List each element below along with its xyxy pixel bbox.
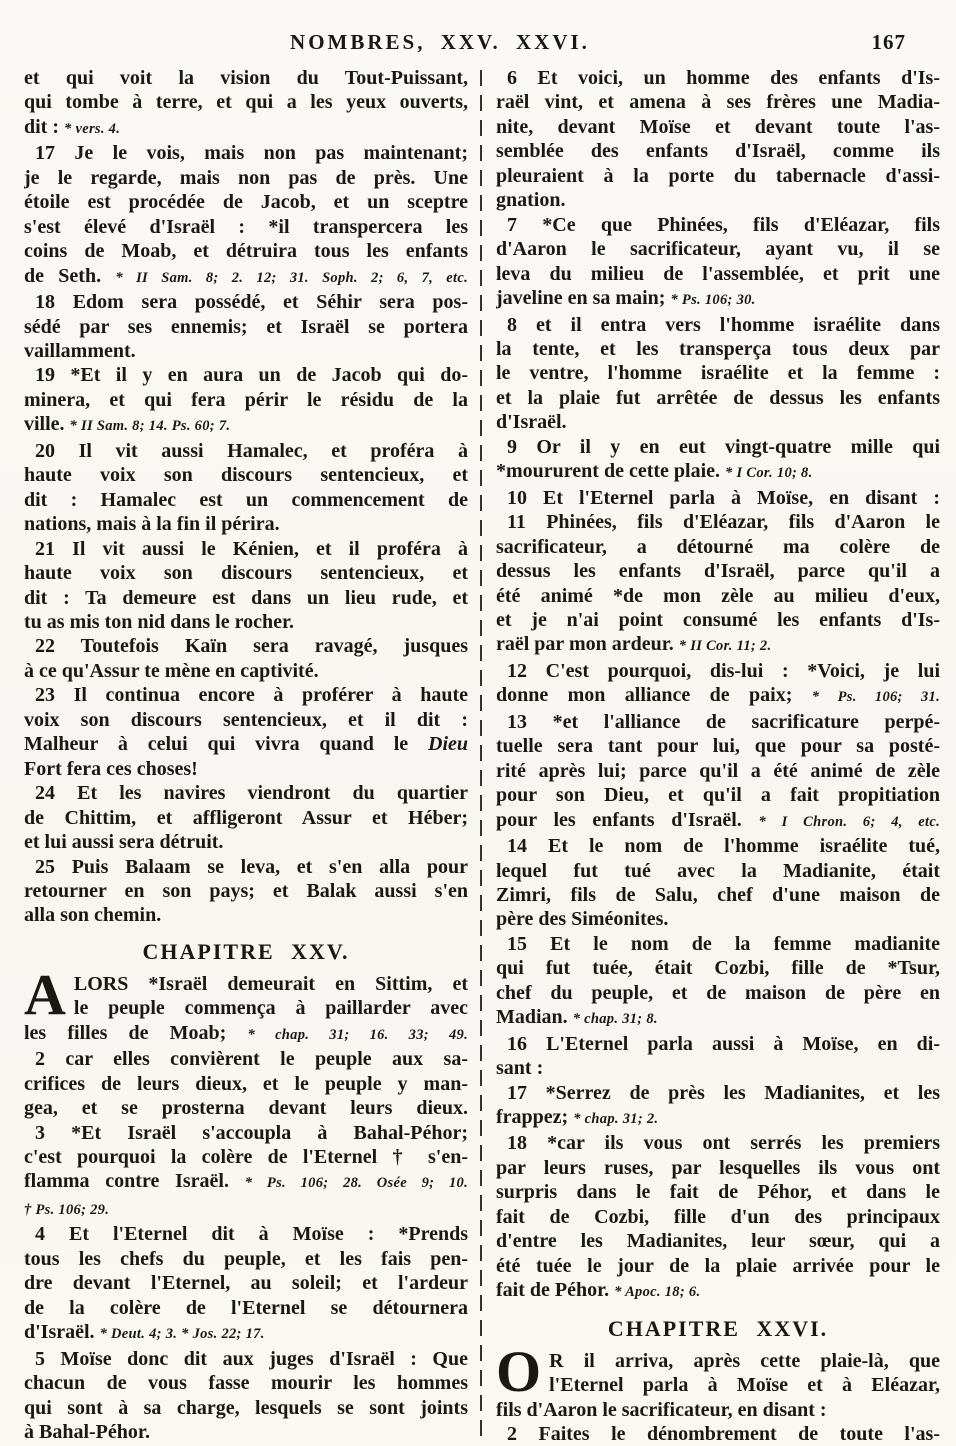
text-line: ville. * II Sam. 8; 14. Ps. 60; 7.	[24, 412, 468, 438]
column-left: et qui voit la vision du Tout-Puissant,q…	[24, 66, 480, 1440]
text-segment: 14 Et le nom de l'homme israélite tué,	[507, 835, 940, 857]
text-line: de Seth. * II Sam. 8; 2. 12; 31. Soph. 2…	[24, 264, 468, 290]
text-segment: les filles de Moab;	[24, 1022, 247, 1044]
cross-reference: * vers. 4.	[64, 121, 120, 137]
text-segment: tu as mis ton nid dans le rocher.	[24, 611, 294, 633]
text-line: donne mon alliance de paix; * Ps. 106; 3…	[496, 683, 940, 709]
text-line: le peuple commença à paillarder avec	[24, 996, 468, 1020]
text-segment: haute voix son discours sentencieux, et	[24, 562, 468, 584]
verse-paragraph: 2 Faites le dénombrement de toute l'as-	[496, 1422, 940, 1446]
text-segment: gea, et se prosterna devant leurs dieux.	[24, 1097, 468, 1119]
text-line: chacun de vous fasse mourir les hommes	[24, 1371, 468, 1395]
text-segment: flamma contre Israël.	[24, 1170, 245, 1192]
verse-paragraph: 16 L'Eternel parla aussi à Moïse, en di-…	[496, 1032, 940, 1081]
text-line: raël vint, et amena à ses frères une Mad…	[496, 90, 940, 114]
text-line: dit : Ta demeure est dans un lieu rude, …	[24, 586, 468, 610]
text-line: de la colère de l'Eternel se détournera	[24, 1296, 468, 1320]
text-segment: 6 Et voici, un homme des enfants d'Is-	[507, 67, 940, 89]
text-line: et la plaie fut arrêtée de dessus les en…	[496, 386, 940, 410]
text-line: à Bahal-Péhor.	[24, 1420, 468, 1444]
verse-paragraph: 18 Edom sera possédé, et Séhir sera pos-…	[24, 290, 468, 363]
text-segment: crifices de leurs dieux, et le peuple y …	[24, 1073, 468, 1095]
dropcap-letter: O	[496, 1349, 549, 1397]
text-segment: et qui voit la vision du Tout-Puissant,	[24, 67, 468, 89]
verse-paragraph: 6 Et voici, un homme des enfants d'Is-ra…	[496, 66, 940, 213]
text-line: Zimri, fils de Salu, chef d'une maison d…	[496, 883, 940, 907]
verse-paragraph: ALORS *Israël demeurait en Sittim, etle …	[24, 972, 468, 1047]
text-line: javeline en sa main; * Ps. 106; 30.	[496, 286, 940, 312]
text-segment: 3 *Et Israël s'accoupla à Bahal-Péhor;	[35, 1122, 468, 1144]
cross-reference: * chap. 31; 16. 33; 49.	[247, 1027, 468, 1043]
text-segment: Fort fera ces choses!	[24, 758, 198, 780]
text-segment: d'Aaron le sacrificateur, ayant vu, il s…	[496, 238, 940, 260]
text-segment: c'est pourquoi la colère de l'Eternel † …	[24, 1146, 468, 1168]
running-title: NOMBRES, XXV. XXVI.	[24, 30, 856, 55]
text-segment: sant :	[496, 1057, 543, 1079]
text-line: tous les chefs du peuple, et les fais pe…	[24, 1247, 468, 1271]
text-line: tu as mis ton nid dans le rocher.	[24, 610, 468, 634]
verse-paragraph: 17 Je le vois, mais non pas maintenant;j…	[24, 141, 468, 290]
column-right: 6 Et voici, un homme des enfants d'Is-ra…	[482, 66, 940, 1440]
text-line: qui fut tuée, était Cozbi, fille de *Tsu…	[496, 956, 940, 980]
text-line: 6 Et voici, un homme des enfants d'Is-	[496, 66, 940, 90]
text-segment: 2 Faites le dénombrement de toute l'as-	[507, 1423, 940, 1445]
text-line: R il arriva, après cette plaie-là, que	[496, 1349, 940, 1373]
text-segment: *moururent de cette plaie.	[496, 460, 725, 482]
text-line: 5 Moïse donc dit aux juges d'Israël : Qu…	[24, 1347, 468, 1371]
text-segment: qui fut tuée, était Cozbi, fille de *Tsu…	[496, 957, 940, 979]
text-segment: et lui aussi sera détruit.	[24, 831, 223, 853]
text-segment: le peuple commença à paillarder avec	[74, 997, 468, 1019]
text-segment: dre devant l'Eternel, au soleil; et l'ar…	[24, 1272, 468, 1294]
text-segment: frappez;	[496, 1106, 573, 1128]
verse-paragraph: 19 *Et il y en aura un de Jacob qui do-m…	[24, 363, 468, 438]
verse-paragraph: 21 Il vit aussi le Kénien, et il proféra…	[24, 537, 468, 635]
text-line: pour son Dieu, et qu'il a fait propitiat…	[496, 783, 940, 807]
text-segment: voix son discours sentencieux, et il dit…	[24, 709, 468, 731]
text-segment: R il arriva, après cette plaie-là, que	[549, 1350, 940, 1372]
text-segment: semblée des enfants d'Israël, comme ils	[496, 140, 940, 162]
text-line: 22 Toutefois Kaïn sera ravagé, jusques	[24, 634, 468, 658]
text-segment: 15 Et le nom de la femme madianite	[507, 933, 940, 955]
text-segment: 18 Edom sera possédé, et Séhir sera pos-	[35, 291, 468, 313]
verse-paragraph: 9 Or il y en eut vingt-quatre mille qui*…	[496, 435, 940, 486]
text-line: fait de Cozbi, fille d'un des principaux	[496, 1205, 940, 1229]
text-line: 2 car elles convièrent le peuple aux sa-	[24, 1047, 468, 1071]
chapter-heading: CHAPITRE XXVI.	[496, 1315, 940, 1342]
text-line: l'Eternel parla à Moïse et à Eléazar,	[496, 1373, 940, 1397]
text-segment: et je n'ai point consumé les enfants d'I…	[496, 609, 940, 631]
text-line: 17 *Serrez de près les Madianites, et le…	[496, 1081, 940, 1105]
text-segment: à Bahal-Péhor.	[24, 1421, 150, 1443]
text-segment: tuelle sera tant pour lui, que pour sa p…	[496, 735, 940, 757]
text-segment: dit :	[24, 116, 64, 138]
verse-paragraph: 17 *Serrez de près les Madianites, et le…	[496, 1081, 940, 1132]
text-segment: 19 *Et il y en aura un de Jacob qui do-	[35, 364, 468, 386]
cross-reference: * chap. 31; 8.	[573, 1011, 658, 1027]
text-line: 25 Puis Balaam se leva, et s'en alla pou…	[24, 855, 468, 879]
verse-paragraph: 8 et il entra vers l'homme israélite dan…	[496, 313, 940, 435]
text-line: gnation.	[496, 188, 940, 212]
text-line: vaillamment.	[24, 339, 468, 363]
text-segment: 10 Et l'Eternel parla à Moïse, en disant…	[507, 487, 940, 509]
text-segment: et la plaie fut arrêtée de dessus les en…	[496, 387, 940, 409]
text-segment: tous les chefs du peuple, et les fais pe…	[24, 1248, 468, 1270]
text-segment: étoile est procédée de Jacob, et un scep…	[24, 191, 468, 213]
cross-reference: * II Sam. 8; 14. Ps. 60; 7.	[70, 418, 231, 434]
text-segment: rité après lui; parce qu'il a été animé …	[496, 760, 940, 782]
text-segment: Malheur à celui qui vivra quand le	[24, 733, 428, 755]
text-line: *moururent de cette plaie. * I Cor. 10; …	[496, 459, 940, 485]
text-line: leva du milieu de l'assemblée, et prit u…	[496, 262, 940, 286]
text-line: haute voix son discours sentencieux, et	[24, 463, 468, 487]
text-segment: 5 Moïse donc dit aux juges d'Israël : Qu…	[35, 1348, 468, 1370]
verse-paragraph: 24 Et les navires viendront du quartierd…	[24, 781, 468, 854]
text-segment: de la colère de l'Eternel se détournera	[24, 1297, 468, 1319]
text-line: 12 C'est pourquoi, dis-lui : *Voici, je …	[496, 659, 940, 683]
text-line: chef du peuple, et de maison de père en	[496, 981, 940, 1005]
cross-reference: * II Cor. 11; 2.	[679, 638, 772, 654]
text-segment: par leurs ruses, par lesquelles ils vous…	[496, 1157, 940, 1179]
text-line: été animé *de mon zèle au milieu d'eux,	[496, 584, 940, 608]
text-segment: LORS *Israël demeurait en Sittim, et	[74, 973, 468, 995]
text-line: Fort fera ces choses!	[24, 757, 468, 781]
text-line: semblée des enfants d'Israël, comme ils	[496, 139, 940, 163]
text-segment: nite, devant Moïse et devant toute l'as-	[496, 116, 940, 138]
text-segment: sacrificateur, a détourné ma colère de	[496, 536, 940, 558]
text-segment: la tente, et les transperça tous deux pa…	[496, 338, 940, 360]
text-line: 21 Il vit aussi le Kénien, et il proféra…	[24, 537, 468, 561]
text-segment: Dieu	[428, 733, 468, 755]
text-segment: fait de Cozbi, fille d'un des principaux	[496, 1206, 940, 1228]
text-segment: s'est élevé d'Israël : *il transpercera …	[24, 216, 468, 238]
text-segment: 25 Puis Balaam se leva, et s'en alla pou…	[35, 856, 468, 878]
text-segment: 12 C'est pourquoi, dis-lui : *Voici, je …	[507, 660, 940, 682]
verse-paragraph: 3 *Et Israël s'accoupla à Bahal-Péhor;c'…	[24, 1121, 468, 1223]
text-line: 18 *car ils vous ont serrés les premiers	[496, 1131, 940, 1155]
text-line: 16 L'Eternel parla aussi à Moïse, en di-	[496, 1032, 940, 1056]
text-line: surpris dans le fait de Péhor, et dans l…	[496, 1180, 940, 1204]
text-segment: je le regarde, mais non pas de près. Une	[24, 167, 468, 189]
verse-paragraph: 7 *Ce que Phinées, fils d'Eléazar, filsd…	[496, 213, 940, 313]
page-header: NOMBRES, XXV. XXVI. 167	[24, 30, 936, 60]
text-segment: alla son chemin.	[24, 904, 161, 926]
text-line: rité après lui; parce qu'il a été animé …	[496, 759, 940, 783]
text-line: et je n'ai point consumé les enfants d'I…	[496, 608, 940, 632]
text-line: 9 Or il y en eut vingt-quatre mille qui	[496, 435, 940, 459]
text-segment: retourner en son pays; et Balak aussi s'…	[24, 880, 468, 902]
text-segment: père des Siméonites.	[496, 908, 668, 930]
verse-paragraph: 18 *car ils vous ont serrés les premiers…	[496, 1131, 940, 1304]
text-segment: été animé *de mon zèle au milieu d'eux,	[496, 585, 940, 607]
text-line: fait de Péhor. * Apoc. 18; 6.	[496, 1278, 940, 1304]
text-segment: pour son Dieu, et qu'il a fait propitiat…	[496, 784, 940, 806]
cross-reference: * Ps. 106; 28. Osée 9; 10.	[245, 1175, 468, 1191]
text-line: sédé par ses ennemis; et Israël se porte…	[24, 315, 468, 339]
verse-paragraph: 20 Il vit aussi Hamalec, et proféra àhau…	[24, 439, 468, 537]
text-segment: dessus les enfants d'Israël, parce qu'il…	[496, 560, 940, 582]
text-line: alla son chemin.	[24, 903, 468, 927]
text-line: dit : * vers. 4.	[24, 115, 468, 141]
text-line: tuelle sera tant pour lui, que pour sa p…	[496, 734, 940, 758]
text-segment: 13 *et l'alliance de sacrificature perpé…	[507, 711, 940, 733]
text-line: voix son discours sentencieux, et il dit…	[24, 708, 468, 732]
verse-paragraph: OR il arriva, après cette plaie-là, quel…	[496, 1349, 940, 1422]
cross-reference: * I Cor. 10; 8.	[725, 465, 813, 481]
text-segment: fils d'Aaron le sacrificateur, en disant…	[496, 1399, 827, 1421]
cross-reference: † Ps. 106; 29.	[24, 1202, 109, 1218]
text-segment: 8 et il entra vers l'homme israélite dan…	[507, 314, 940, 336]
text-segment: de Chittim, et affligeront Assur et Hébe…	[24, 807, 468, 829]
dropcap-letter: A	[24, 972, 74, 1020]
cross-reference: * Apoc. 18; 6.	[614, 1284, 700, 1300]
text-segment: 9 Or il y en eut vingt-quatre mille qui	[507, 436, 940, 458]
text-line: par leurs ruses, par lesquelles ils vous…	[496, 1156, 940, 1180]
text-line: 10 Et l'Eternel parla à Moïse, en disant…	[496, 486, 940, 510]
text-line: LORS *Israël demeurait en Sittim, et	[24, 972, 468, 996]
text-line: crifices de leurs dieux, et le peuple y …	[24, 1072, 468, 1096]
text-line: sant :	[496, 1056, 940, 1080]
text-segment: pleuraient à la porte du tabernacle d'as…	[496, 165, 940, 187]
text-segment: chacun de vous fasse mourir les hommes	[24, 1372, 468, 1394]
chapter-heading: CHAPITRE XXV.	[24, 938, 468, 965]
text-line: haute voix son discours sentencieux, et	[24, 561, 468, 585]
text-line: 19 *Et il y en aura un de Jacob qui do-	[24, 363, 468, 387]
text-line: les filles de Moab; * chap. 31; 16. 33; …	[24, 1021, 468, 1047]
text-line: lequel fut tué avec la Madianite, était	[496, 859, 940, 883]
cross-reference: * II Sam. 8; 2. 12; 31. Soph. 2; 6, 7, e…	[115, 270, 468, 286]
text-line: 8 et il entra vers l'homme israélite dan…	[496, 313, 940, 337]
text-line: nite, devant Moïse et devant toute l'as-	[496, 115, 940, 139]
text-line: † Ps. 106; 29.	[24, 1196, 468, 1222]
text-segment: raël par mon ardeur.	[496, 633, 679, 655]
text-line: pour les enfants d'Israël. * I Chron. 6;…	[496, 808, 940, 834]
text-segment: minera, et qui fera périr le résidu de l…	[24, 389, 468, 411]
verse-paragraph: 10 Et l'Eternel parla à Moïse, en disant…	[496, 486, 940, 510]
book-page: NOMBRES, XXV. XXVI. 167 et qui voit la v…	[0, 0, 956, 1446]
text-segment: coins de Moab, et détruira tous les enfa…	[24, 240, 468, 262]
text-line: pleuraient à la porte du tabernacle d'as…	[496, 164, 940, 188]
text-line: c'est pourquoi la colère de l'Eternel † …	[24, 1145, 468, 1169]
text-line: 11 Phinées, fils d'Eléazar, fils d'Aaron…	[496, 510, 940, 534]
text-segment: 21 Il vit aussi le Kénien, et il proféra…	[35, 538, 468, 560]
text-line: 24 Et les navires viendront du quartier	[24, 781, 468, 805]
cross-reference: * Deut. 4; 3. * Jos. 22; 17.	[100, 1326, 265, 1342]
text-segment: d'entre les Madianites, leur sœur, qui a	[496, 1230, 940, 1252]
text-segment: l'Eternel parla à Moïse et à Eléazar,	[549, 1374, 940, 1396]
text-segment: 17 Je le vois, mais non pas maintenant;	[35, 142, 468, 164]
text-segment: nations, mais à la fin il périra.	[24, 513, 280, 535]
text-line: le ventre, l'homme israélite et la femme…	[496, 361, 940, 385]
text-line: d'Israël. * Deut. 4; 3. * Jos. 22; 17.	[24, 1320, 468, 1346]
text-line: raël par mon ardeur. * II Cor. 11; 2.	[496, 632, 940, 658]
text-line: qui sont à sa charge, lesquels se sont j…	[24, 1396, 468, 1420]
text-segment: d'Israël.	[24, 1321, 100, 1343]
text-line: et lui aussi sera détruit.	[24, 830, 468, 854]
text-line: dit : Hamalec est un commencement de	[24, 488, 468, 512]
text-line: à ce qu'Assur te mène en captivité.	[24, 659, 468, 683]
text-segment: dit : Hamalec est un commencement de	[24, 489, 468, 511]
page-number: 167	[872, 30, 907, 55]
verse-paragraph: 15 Et le nom de la femme madianitequi fu…	[496, 932, 940, 1032]
text-line: 2 Faites le dénombrement de toute l'as-	[496, 1422, 940, 1446]
text-line: la tente, et les transperça tous deux pa…	[496, 337, 940, 361]
text-line: 18 Edom sera possédé, et Séhir sera pos-	[24, 290, 468, 314]
text-line: père des Siméonites.	[496, 907, 940, 931]
cross-reference: * Ps. 106; 30.	[670, 292, 755, 308]
text-line: nations, mais à la fin il périra.	[24, 512, 468, 536]
text-line: dre devant l'Eternel, au soleil; et l'ar…	[24, 1271, 468, 1295]
text-segment: Zimri, fils de Salu, chef d'une maison d…	[496, 884, 940, 906]
text-segment: qui tombe à terre, et qui a les yeux ouv…	[24, 91, 468, 113]
text-segment: 17 *Serrez de près les Madianites, et le…	[507, 1082, 940, 1104]
text-segment: sédé par ses ennemis; et Israël se porte…	[24, 316, 468, 338]
text-columns: et qui voit la vision du Tout-Puissant,q…	[24, 66, 940, 1440]
text-line: d'entre les Madianites, leur sœur, qui a	[496, 1229, 940, 1253]
text-segment: 22 Toutefois Kaïn sera ravagé, jusques	[35, 635, 468, 657]
text-line: d'Israël.	[496, 410, 940, 434]
verse-paragraph: 22 Toutefois Kaïn sera ravagé, jusquesà …	[24, 634, 468, 683]
text-segment: le ventre, l'homme israélite et la femme…	[496, 362, 940, 384]
text-line: 17 Je le vois, mais non pas maintenant;	[24, 141, 468, 165]
verse-paragraph: 4 Et l'Eternel dit à Moïse : *Prendstous…	[24, 1222, 468, 1346]
text-segment: lequel fut tué avec la Madianite, était	[496, 860, 940, 882]
text-segment: 23 Il continua encore à proférer à haute	[35, 684, 468, 706]
verse-paragraph: 13 *et l'alliance de sacrificature perpé…	[496, 710, 940, 834]
text-segment: vaillamment.	[24, 340, 136, 362]
text-line: gea, et se prosterna devant leurs dieux.	[24, 1096, 468, 1120]
text-line: s'est élevé d'Israël : *il transpercera …	[24, 215, 468, 239]
text-segment: 4 Et l'Eternel dit à Moïse : *Prends	[35, 1223, 468, 1245]
text-segment: gnation.	[496, 189, 565, 211]
text-segment: ville.	[24, 413, 70, 435]
verse-paragraph: 14 Et le nom de l'homme israélite tué,le…	[496, 834, 940, 932]
verse-paragraph: 23 Il continua encore à proférer à haute…	[24, 683, 468, 781]
text-line: sacrificateur, a détourné ma colère de	[496, 535, 940, 559]
verse-paragraph: et qui voit la vision du Tout-Puissant,q…	[24, 66, 468, 141]
text-segment: 18 *car ils vous ont serrés les premiers	[507, 1132, 940, 1154]
text-segment: été tuée le jour de la plaie arrivée pou…	[496, 1255, 940, 1277]
text-line: qui tombe à terre, et qui a les yeux ouv…	[24, 90, 468, 114]
text-line: étoile est procédée de Jacob, et un scep…	[24, 190, 468, 214]
text-line: 3 *Et Israël s'accoupla à Bahal-Péhor;	[24, 1121, 468, 1145]
text-line: 4 Et l'Eternel dit à Moïse : *Prends	[24, 1222, 468, 1246]
text-segment: d'Israël.	[496, 411, 567, 433]
text-segment: raël vint, et amena à ses frères une Mad…	[496, 91, 940, 113]
text-segment: dit : Ta demeure est dans un lieu rude, …	[24, 587, 468, 609]
text-line: dessus les enfants d'Israël, parce qu'il…	[496, 559, 940, 583]
text-segment: javeline en sa main;	[496, 287, 670, 309]
cross-reference: * I Chron. 6; 4, etc.	[758, 814, 940, 830]
text-line: frappez; * chap. 31; 2.	[496, 1105, 940, 1131]
verse-paragraph: 2 car elles convièrent le peuple aux sa-…	[24, 1047, 468, 1120]
text-line: retourner en son pays; et Balak aussi s'…	[24, 879, 468, 903]
text-line: été tuée le jour de la plaie arrivée pou…	[496, 1254, 940, 1278]
text-segment: chef du peuple, et de maison de père en	[496, 982, 940, 1004]
text-segment: 2 car elles convièrent le peuple aux sa-	[35, 1048, 468, 1070]
text-segment: fait de Péhor.	[496, 1279, 614, 1301]
text-line: d'Aaron le sacrificateur, ayant vu, il s…	[496, 237, 940, 261]
verse-paragraph: 5 Moïse donc dit aux juges d'Israël : Qu…	[24, 1347, 468, 1445]
verse-paragraph: 12 C'est pourquoi, dis-lui : *Voici, je …	[496, 659, 940, 710]
text-line: 14 Et le nom de l'homme israélite tué,	[496, 834, 940, 858]
text-segment: de Seth.	[24, 265, 115, 287]
text-segment: donne mon alliance de paix;	[496, 684, 812, 706]
text-segment: 11 Phinées, fils d'Eléazar, fils d'Aaron…	[507, 511, 940, 533]
text-line: Malheur à celui qui vivra quand le Dieu	[24, 732, 468, 756]
text-line: 7 *Ce que Phinées, fils d'Eléazar, fils	[496, 213, 940, 237]
text-line: je le regarde, mais non pas de près. Une	[24, 166, 468, 190]
text-segment: qui sont à sa charge, lesquels se sont j…	[24, 1397, 468, 1419]
cross-reference: * Ps. 106; 31.	[812, 689, 940, 705]
text-line: 23 Il continua encore à proférer à haute	[24, 683, 468, 707]
text-line: coins de Moab, et détruira tous les enfa…	[24, 239, 468, 263]
text-segment: Madian.	[496, 1006, 573, 1028]
text-segment: 16 L'Eternel parla aussi à Moïse, en di-	[507, 1033, 940, 1055]
text-line: minera, et qui fera périr le résidu de l…	[24, 388, 468, 412]
text-segment: leva du milieu de l'assemblée, et prit u…	[496, 263, 940, 285]
text-line: 15 Et le nom de la femme madianite	[496, 932, 940, 956]
text-line: flamma contre Israël. * Ps. 106; 28. Osé…	[24, 1169, 468, 1195]
text-segment: à ce qu'Assur te mène en captivité.	[24, 660, 319, 682]
text-segment: 20 Il vit aussi Hamalec, et proféra à	[35, 440, 468, 462]
text-segment: 24 Et les navires viendront du quartier	[35, 782, 468, 804]
text-segment: surpris dans le fait de Péhor, et dans l…	[496, 1181, 940, 1203]
text-line: de Chittim, et affligeront Assur et Hébe…	[24, 806, 468, 830]
text-line: 20 Il vit aussi Hamalec, et proféra à	[24, 439, 468, 463]
text-line: et qui voit la vision du Tout-Puissant,	[24, 66, 468, 90]
text-line: 13 *et l'alliance de sacrificature perpé…	[496, 710, 940, 734]
text-segment: haute voix son discours sentencieux, et	[24, 464, 468, 486]
verse-paragraph: 25 Puis Balaam se leva, et s'en alla pou…	[24, 855, 468, 928]
cross-reference: * chap. 31; 2.	[573, 1111, 658, 1127]
verse-paragraph: 11 Phinées, fils d'Eléazar, fils d'Aaron…	[496, 510, 940, 659]
text-segment: pour les enfants d'Israël.	[496, 809, 758, 831]
text-segment: 7 *Ce que Phinées, fils d'Eléazar, fils	[507, 214, 940, 236]
text-line: Madian. * chap. 31; 8.	[496, 1005, 940, 1031]
text-line: fils d'Aaron le sacrificateur, en disant…	[496, 1398, 940, 1422]
